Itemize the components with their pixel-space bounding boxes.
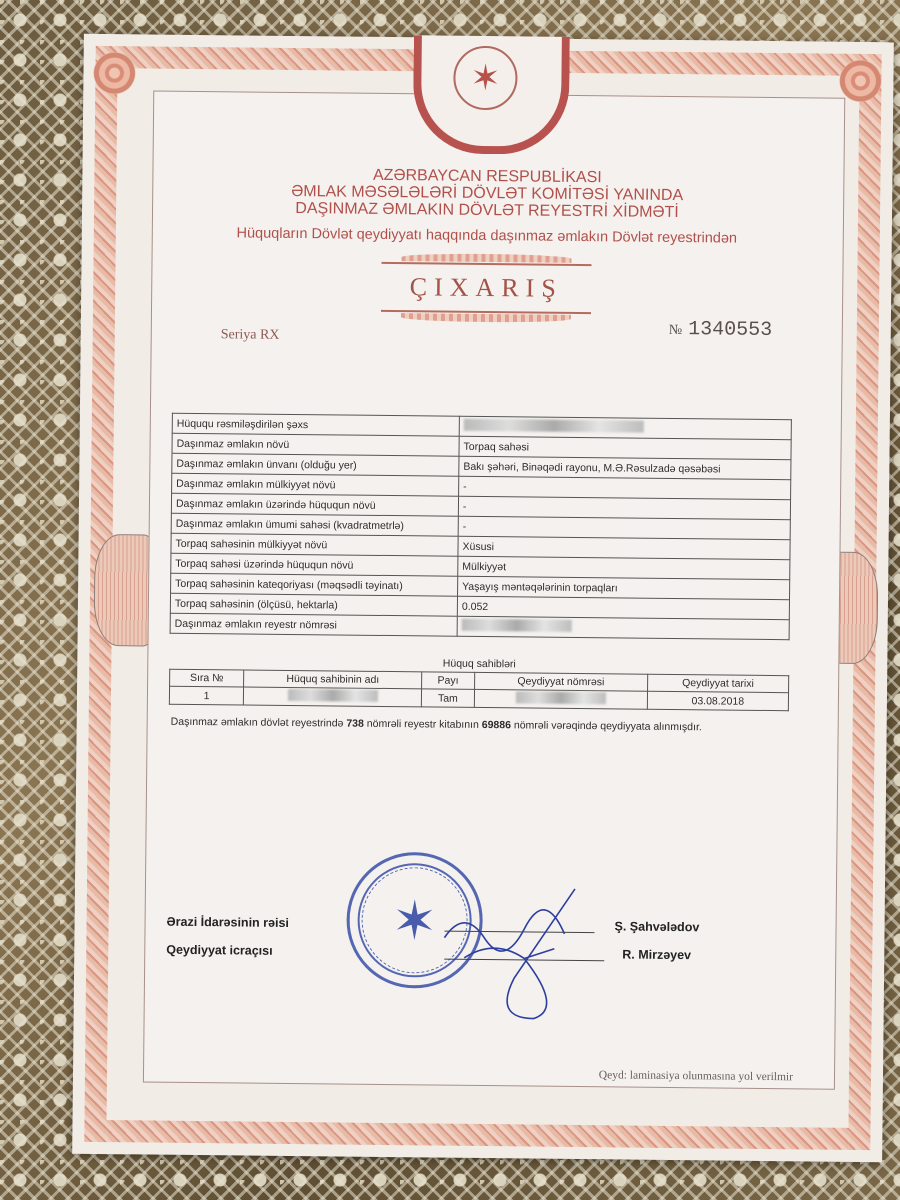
registry-note-text: nömrəli reyestr kitabının (367, 718, 479, 731)
row-value (457, 616, 789, 639)
certificate-document: ✶ AZƏRBAYCAN RESPUBLİKASI ƏMLAK MƏSƏLƏLƏ… (72, 34, 894, 1162)
document-number-value: 1340553 (688, 318, 772, 342)
registry-book-number: 738 (346, 718, 364, 730)
signatory-name-2: R. Mirzəyev (622, 947, 691, 962)
owner-sira: 1 (169, 686, 243, 705)
registry-note-text: nömrəli vərəqində qeydiyyata alınmışdır. (514, 719, 702, 733)
owners-table: Sıra №Hüquq sahibinin adıPayıQeydiyyat n… (169, 669, 789, 711)
document-title-text: ÇIXARIŞ (410, 272, 563, 304)
handwritten-signature-icon (424, 877, 626, 1029)
signatory-role-1: Ərazi İdarəsinin rəisi (167, 915, 289, 930)
redacted-value (464, 419, 644, 433)
owner-name (244, 687, 422, 707)
owner-qeydiyyat-nomresi (474, 689, 647, 709)
redacted-value (462, 619, 572, 632)
footer-note: Qeyd: laminasiya olunmasına yol verilmir (599, 1069, 793, 1083)
series-label: Seriya RX (221, 327, 280, 344)
column-header: Qeydiyyat nömrəsi (474, 672, 647, 691)
document-title: ÇIXARIŞ (381, 262, 592, 314)
column-header: Hüquq sahibinin adı (244, 670, 422, 689)
state-emblem-icon: ✶ (453, 46, 518, 111)
document-number: №1340553 (669, 318, 773, 342)
signatory-name-1: Ş. Şahvələdov (614, 919, 699, 934)
redacted-value (288, 689, 378, 702)
redacted-value (516, 691, 606, 704)
registry-note-text: Daşınmaz əmlakın dövlət reyestrində (171, 716, 344, 730)
issuing-authority: AZƏRBAYCAN RESPUBLİKASI ƏMLAK MƏSƏLƏLƏRİ… (202, 165, 773, 222)
row-label: Daşınmaz əmlakın reyestr nömrəsi (170, 613, 457, 636)
corner-rosette-icon (839, 60, 881, 102)
number-sign: № (669, 323, 683, 338)
owner-payi: Tam (422, 689, 475, 708)
column-header: Qeydiyyat tarixi (647, 674, 788, 692)
column-header: Sıra № (170, 669, 244, 687)
registry-page-number: 69886 (482, 719, 511, 731)
owner-qeydiyyat-tarixi: 03.08.2018 (647, 691, 788, 710)
signatory-role-2: Qeydiyyat icraçısı (166, 943, 272, 958)
property-details-table: Hüququ rəsmiləşdirilən şəxsDaşınmaz əmla… (170, 413, 792, 640)
corner-rosette-icon (93, 52, 135, 94)
column-header: Payı (422, 672, 475, 690)
